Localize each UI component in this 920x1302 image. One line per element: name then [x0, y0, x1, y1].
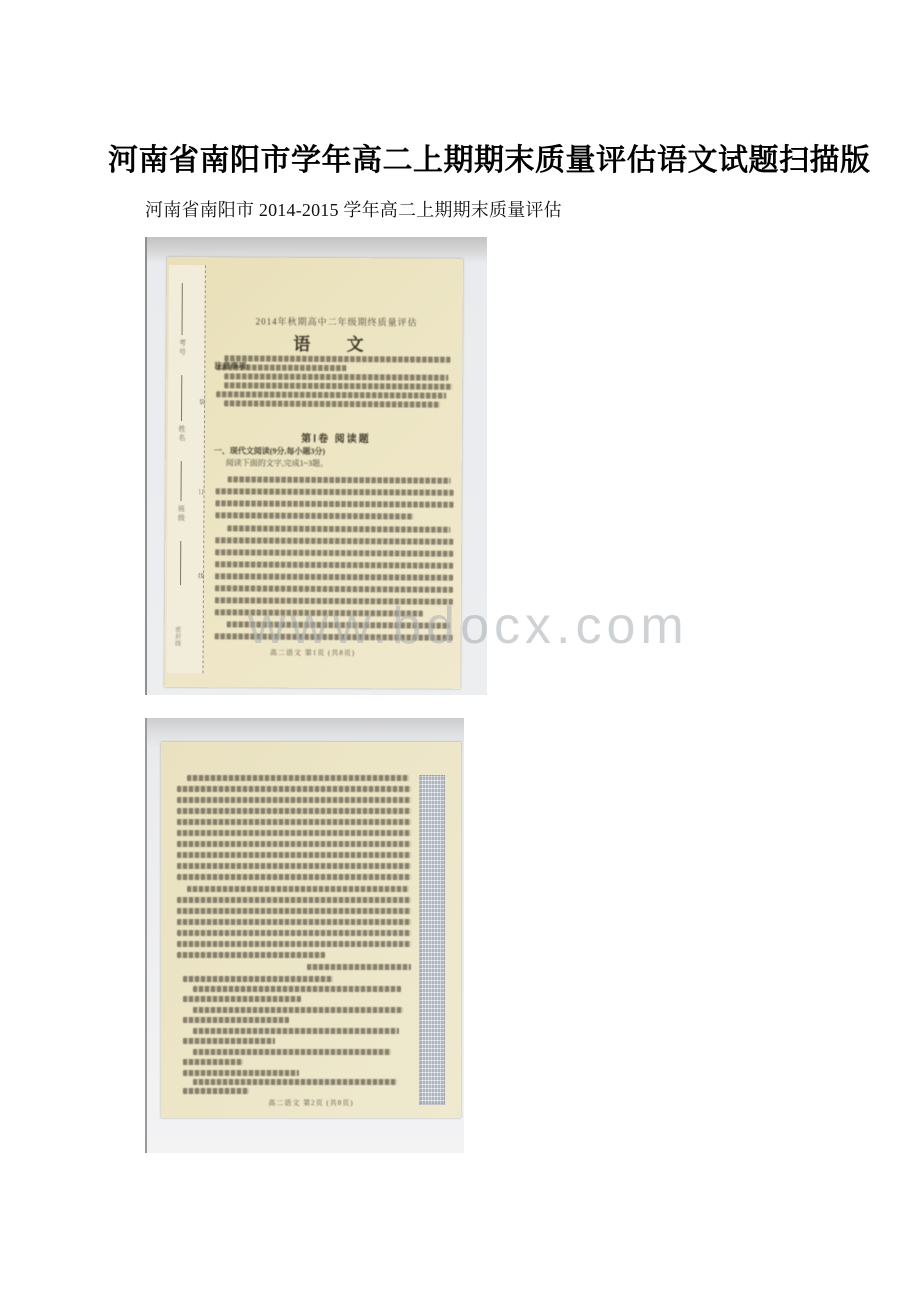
blurred-text-line [177, 930, 411, 936]
seal-label-class: 班级 [176, 505, 186, 523]
blurred-text-line [177, 830, 411, 836]
blurred-text-line [187, 775, 409, 781]
blurred-text-line [183, 996, 301, 1002]
subject-heading: 语 文 [216, 329, 456, 355]
seal-line-column: 考号 姓名 班级 装 订 线 密封线 [166, 265, 205, 673]
blurred-text-line [177, 919, 411, 925]
blurred-text-line [307, 964, 411, 970]
section-one-heading: 第Ⅰ卷 阅读题 [216, 429, 456, 445]
blurred-text-line [193, 1007, 403, 1013]
blurred-text-line [183, 1059, 243, 1065]
exam-session-heading: 2014年秋期高中二年级期终质量评估 [217, 314, 457, 328]
anti-copy-pattern-band [419, 775, 445, 1105]
seal-binding-char-zhuang: 装 [199, 397, 205, 406]
seal-label-exam-number: 考号 [177, 339, 187, 357]
blurred-text-line [183, 1017, 289, 1023]
seal-blank-rule [181, 375, 182, 421]
seal-binding-char-xian: 线 [198, 571, 204, 580]
blurred-text-line [177, 786, 411, 792]
seal-blank-rule [182, 283, 183, 335]
page2-footer: 高二语文 第2页 (共8页) [161, 1098, 461, 1108]
seal-blank-rule [181, 461, 182, 501]
reading-prompt: 阅读下面的文字,完成1~3题。 [226, 457, 328, 469]
seal-blank-rule [180, 541, 181, 585]
blurred-text-line [183, 976, 333, 982]
blurred-text-line [177, 908, 411, 914]
blurred-text-line [215, 537, 453, 544]
blurred-text-line [177, 797, 411, 803]
blurred-text-line [177, 941, 411, 947]
blurred-text-line [215, 512, 413, 519]
seal-label-name: 姓名 [177, 425, 187, 443]
blurred-text-line [193, 1028, 399, 1034]
blurred-text-line [224, 382, 452, 389]
blurred-text-line [193, 1049, 391, 1055]
blurred-text-line [177, 808, 411, 814]
bdocx-watermark: www.bdocx.com [248, 596, 689, 656]
blurred-text-line [228, 476, 451, 483]
blurred-text-line [215, 549, 453, 556]
seal-binding-char-ding: 订 [199, 487, 205, 496]
blurred-text-line [193, 986, 401, 992]
blurred-text-line [183, 1070, 299, 1076]
blurred-text-line [177, 897, 411, 903]
blurred-text-line [215, 500, 453, 507]
seal-note-label: 密封线 [173, 626, 182, 647]
blurred-text-line [216, 364, 346, 371]
blurred-text-line [177, 841, 411, 847]
blurred-text-line [224, 400, 440, 407]
blurred-text-line [183, 1038, 275, 1044]
blurred-text-line [215, 585, 453, 592]
blurred-text-line [177, 952, 325, 958]
page-title: 河南省南阳市学年高二上期期末质量评估语文试题扫描版 [108, 142, 868, 180]
blurred-text-line [215, 561, 453, 568]
blurred-body-text [167, 257, 463, 259]
blurred-text-line [216, 391, 446, 398]
blurred-text-line [177, 874, 411, 880]
blurred-text-line [224, 355, 450, 362]
blurred-text-line [215, 573, 453, 580]
blurred-text-line [227, 525, 450, 532]
page-subtitle: 河南省南阳市 2014-2015 学年高二上期期末质量评估 [145, 196, 562, 222]
blurred-text-line [224, 373, 448, 380]
blurred-text-line [216, 488, 454, 495]
blurred-text-line [193, 1079, 397, 1085]
blurred-text-line [187, 886, 409, 892]
blurred-text-line [177, 819, 411, 825]
document-page: 河南省南阳市学年高二上期期末质量评估语文试题扫描版 河南省南阳市 2014-20… [0, 0, 920, 1302]
blurred-text-line [183, 1088, 249, 1094]
part-one-heading: 一、现代文阅读(9分,每小题3分) [214, 445, 325, 457]
blurred-text-line [177, 852, 411, 858]
exam-paper-sheet-2: 高二语文 第2页 (共8页) [161, 742, 461, 1118]
scanned-exam-page-2: 高二语文 第2页 (共8页) [145, 718, 464, 1153]
blurred-text-line [177, 863, 411, 869]
